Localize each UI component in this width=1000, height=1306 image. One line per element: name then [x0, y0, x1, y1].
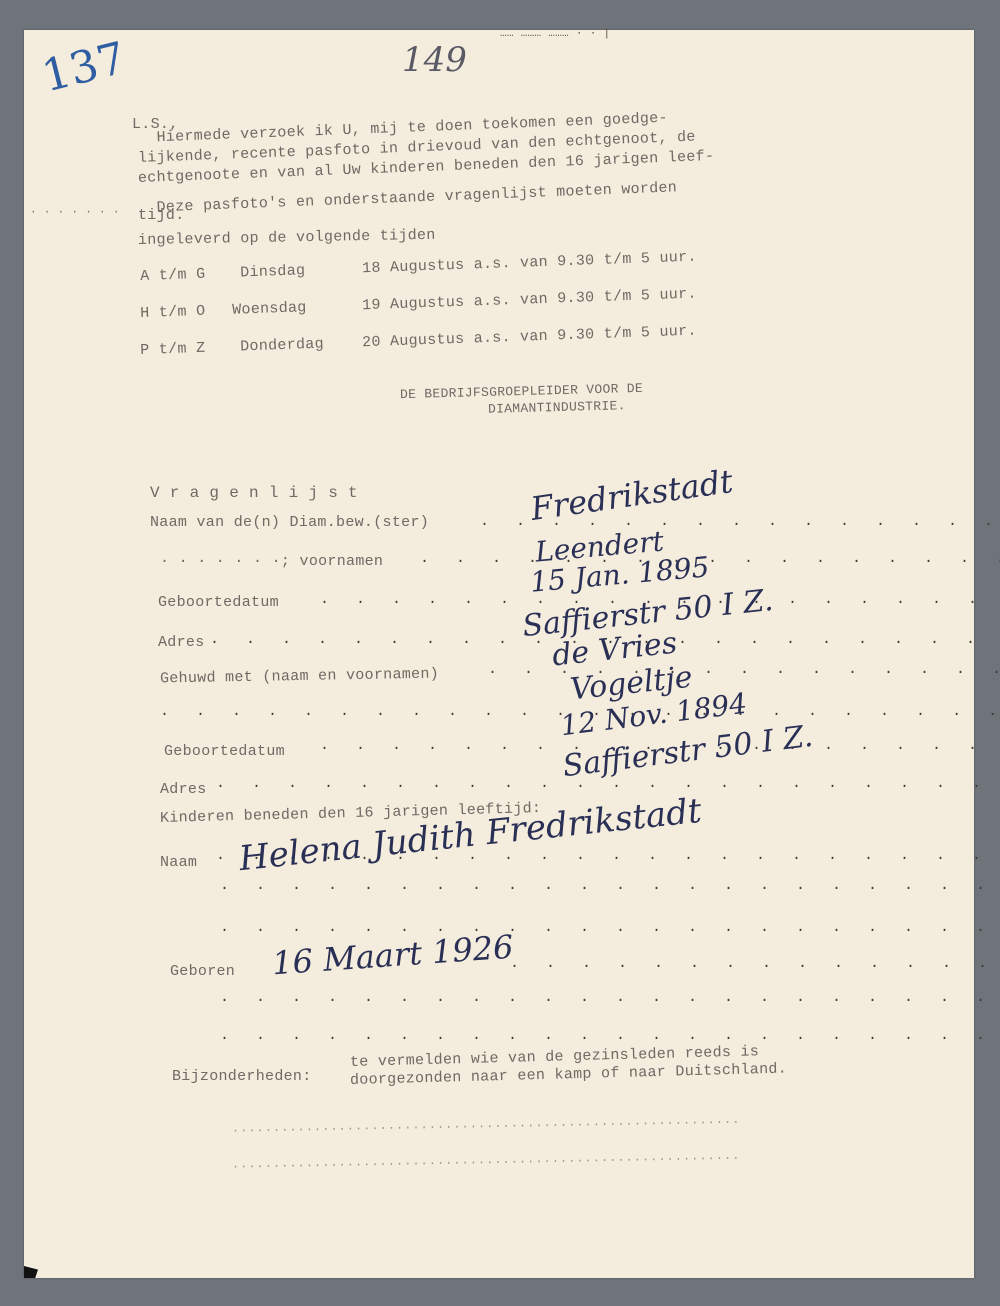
page-number-annotation: 149	[402, 40, 467, 80]
field-label: Adres	[160, 781, 207, 798]
dot-leader: · · · · · · · · · · · · · · · · · · · · …	[216, 778, 1000, 795]
child-name-label: Naam	[160, 854, 197, 871]
schedule-day: Donderdag	[240, 336, 324, 356]
dot-leader: · · · · · · · · · · · · · · · · ·	[510, 958, 1000, 975]
field-label: Naam van de(n) Diam.bew.(ster)	[150, 514, 429, 531]
child-born-label: Geboren	[170, 963, 235, 980]
field-label: Geboortedatum	[158, 594, 279, 611]
top-header-fragment: …… ……… ……… ∙ ∙ |	[500, 28, 610, 40]
field-label: Adres	[158, 634, 205, 651]
margin-dots: · · · · · · ·	[30, 207, 120, 219]
form-title: V r a g e n l i j s t	[150, 484, 358, 502]
schedule-day: Dinsdag	[240, 262, 306, 281]
field-label: Geboortedatum	[164, 743, 285, 760]
field-label: · · · · · · ·; voornamen	[160, 553, 383, 570]
dot-leader: · · · · · · · · · · · · · · · · · · · · …	[220, 922, 1000, 939]
schedule-letters: H t/m O	[140, 303, 206, 322]
remarks-label: Bijzonderheden:	[172, 1068, 312, 1085]
dot-leader: · · · · · · · · · · · · · · · · · · · · …	[420, 553, 1000, 570]
schedule-day: Woensdag	[232, 299, 307, 319]
schedule-letters: A t/m G	[140, 266, 206, 285]
schedule-letters: P t/m Z	[140, 340, 206, 359]
dot-leader: · · · · · · · · · · · · · · · · · · · · …	[220, 880, 1000, 897]
dot-leader: · · · · · · · · · · · · · · · · · · · · …	[220, 992, 1000, 1009]
dot-leader: · · · · · · · · · · · · · · · · · · · · …	[220, 1030, 1000, 1047]
